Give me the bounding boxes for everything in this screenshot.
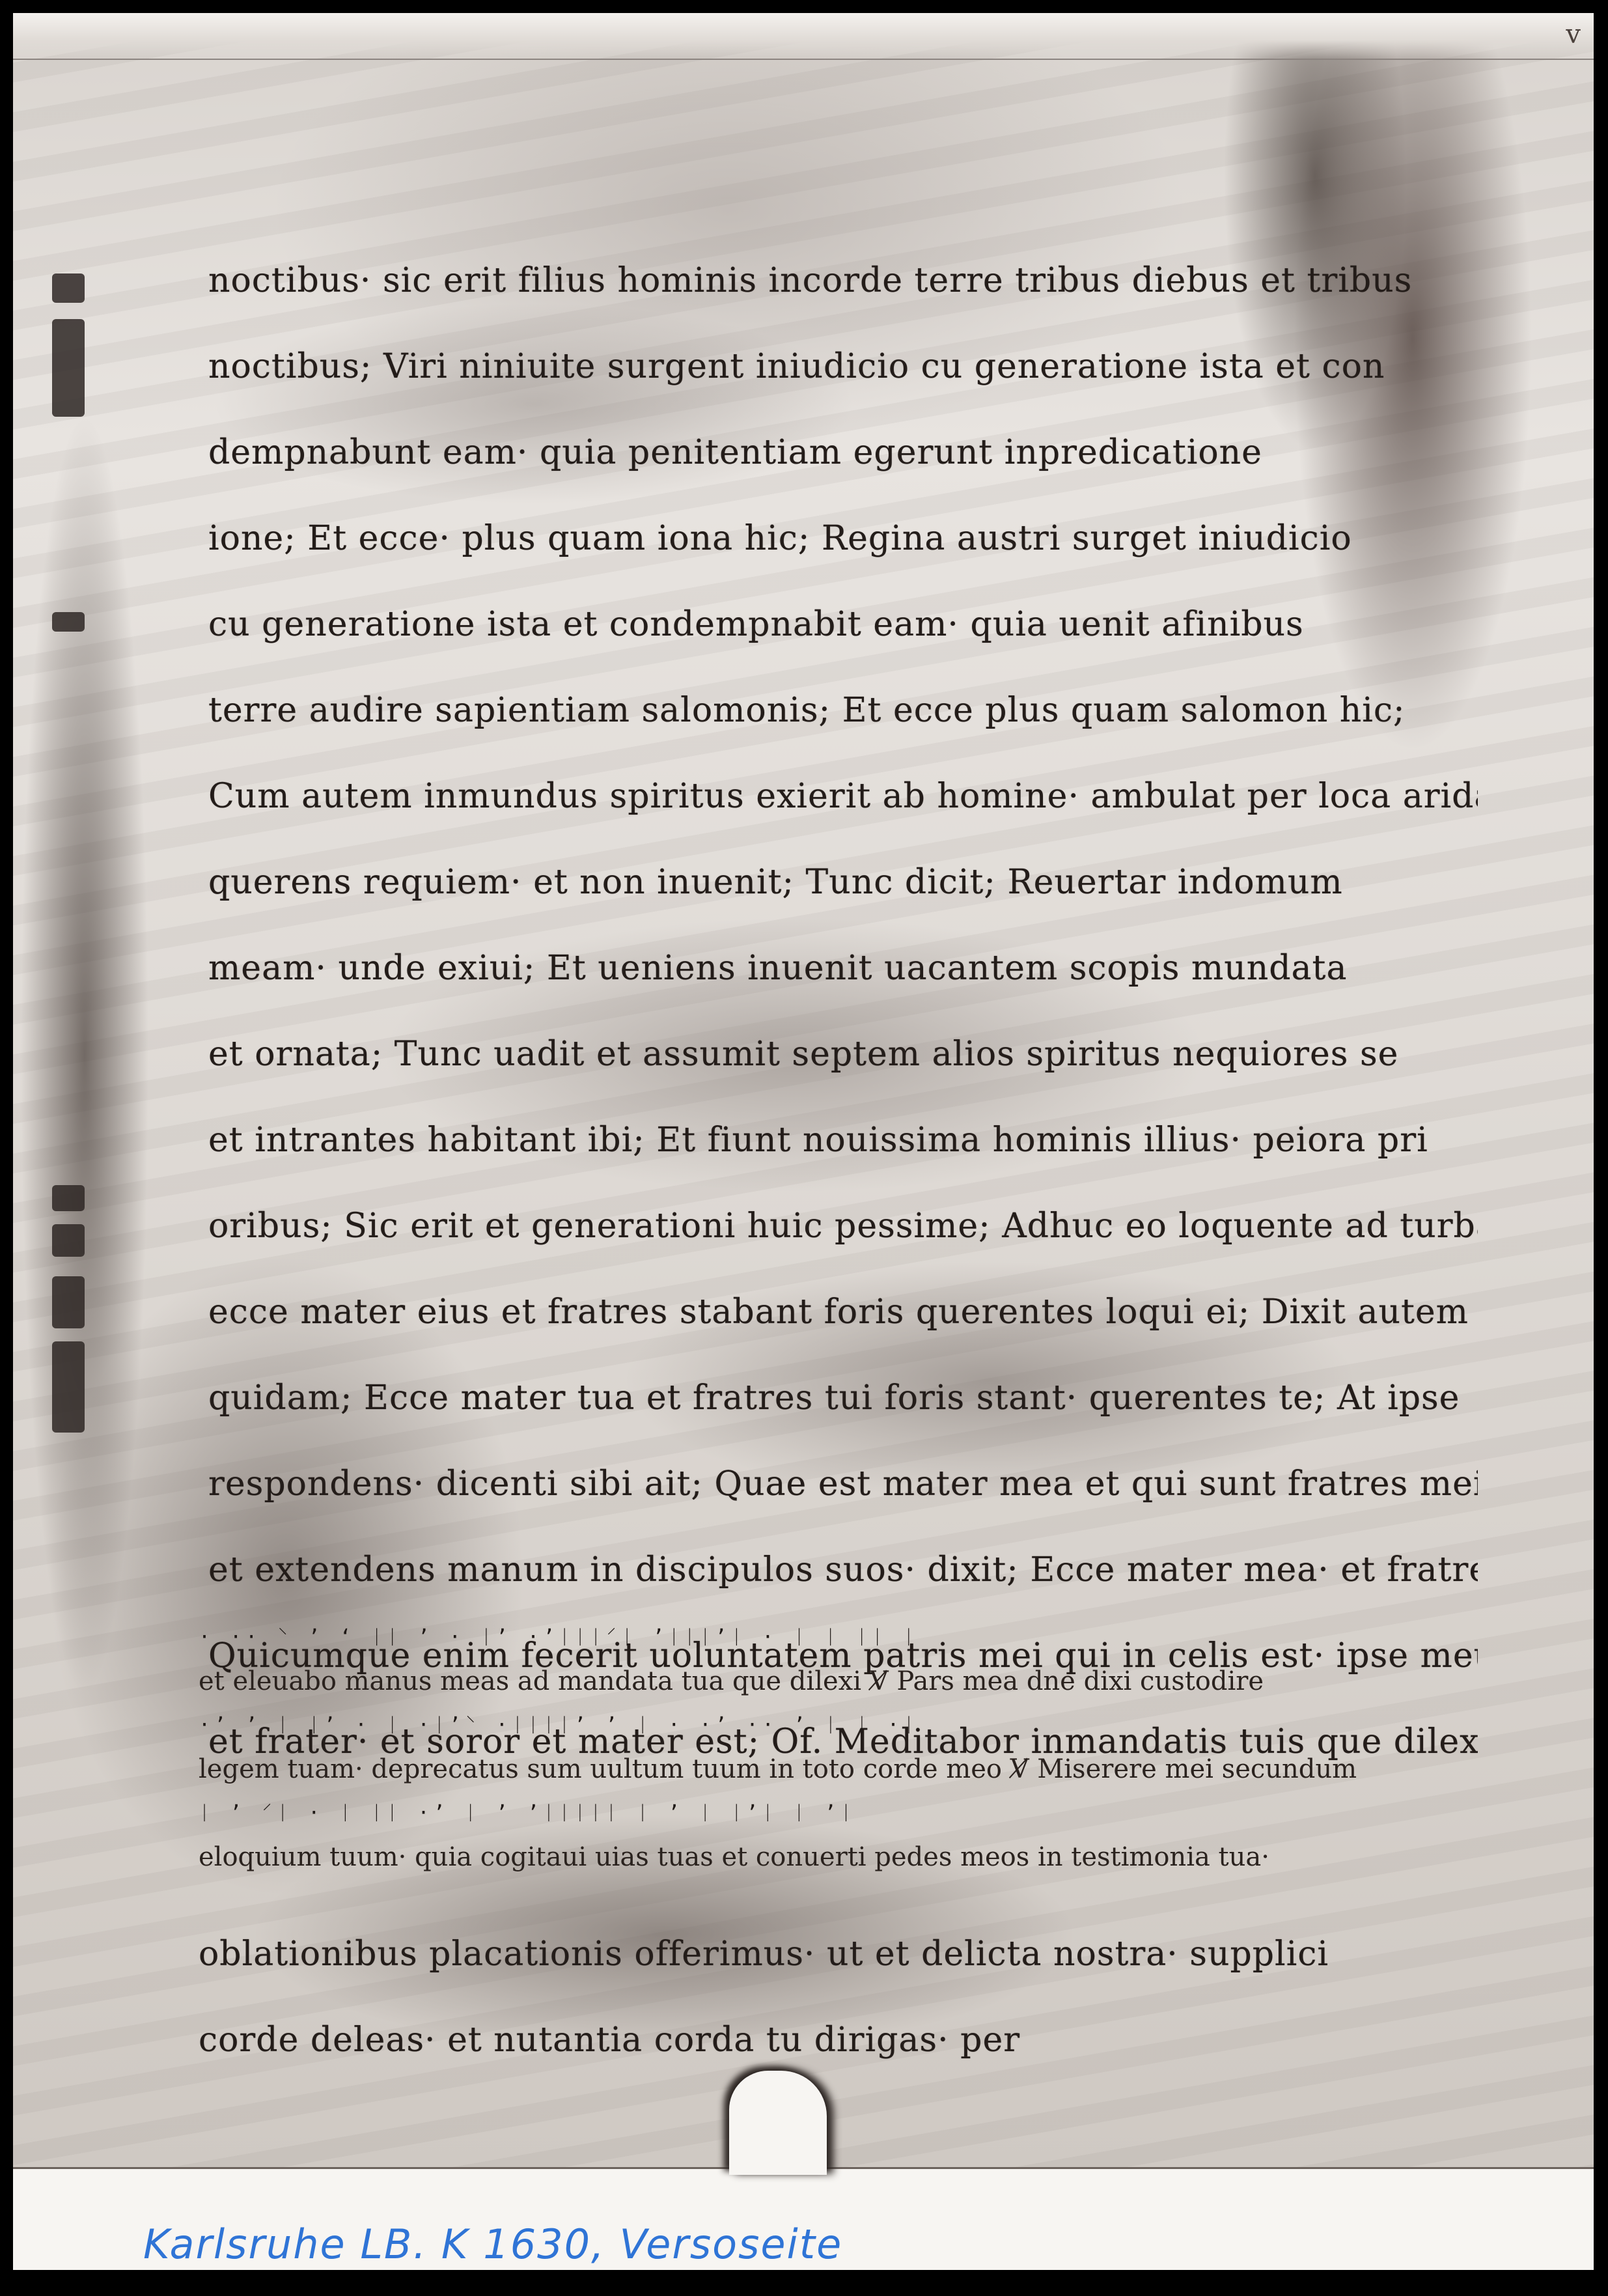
chant-section: · ·· ⸌ ʼ ʻ ᛁᛁ ʼ · ᛁʼ ·ʼᛁᛁᛁ⸍ᛁ ʼᛁᛁᛁʼᛁ · ᛁ … — [199, 1621, 1468, 1885]
neume-row: ᛁ ʼ ⸍ᛁ · ᛁ ᛁᛁ ·ʼ ᛁ ʼ ʼᛁᛁᛁᛁᛁ ᛁ ʼ ᛁ ᛁʼᛁ ᛁ … — [199, 1797, 1468, 1830]
chant-text-line: legem tuam· deprecatus sum uultum tuum i… — [199, 1742, 1468, 1797]
stain-mark — [52, 612, 85, 632]
stain-mark — [52, 319, 85, 417]
photograph: v noctibus· sic erit filius hominis inco… — [13, 13, 1594, 2270]
text-line: meam· unde exiui; Et ueniens inuenit uac… — [208, 925, 1478, 1011]
text-line: noctibus; Viri niniuite surgent iniudici… — [208, 324, 1478, 410]
chant-text-line: eloquium tuum· quia cogitaui uias tuas e… — [199, 1830, 1468, 1885]
text-line: noctibus· sic erit filius hominis incord… — [208, 238, 1478, 324]
main-text-block: noctibus· sic erit filius hominis incord… — [208, 238, 1478, 1785]
text-line: Cum autem inmundus spiritus exierit ab h… — [208, 753, 1478, 839]
text-line: dempnabunt eam· quia penitentiam egerunt… — [208, 410, 1478, 496]
prayer-text-block: oblationibus placationis offerimus· ut e… — [199, 1911, 1468, 2083]
stain-mark — [52, 1341, 85, 1433]
text-line: terre audire sapientiam salomonis; Et ec… — [208, 667, 1478, 753]
neume-row: ·ʼ ʼ ᛁ ᛁʼ · ᛁ ·ᛁʼ⸌ ·ᛁᛁᛁᛁʼ ʼ ᛁ · ·ʼ ·· ʼ … — [199, 1709, 1468, 1742]
stain-mark — [52, 1276, 85, 1328]
parchment-hole — [729, 2071, 827, 2175]
text-line: ione; Et ecce· plus quam iona hic; Regin… — [208, 496, 1478, 581]
text-line: cu generatione ista et condempnabit eam·… — [208, 581, 1478, 667]
text-line: corde deleas· et nutantia corda tu dirig… — [199, 1997, 1468, 2083]
text-line: oribus; Sic erit et generationi huic pes… — [208, 1183, 1478, 1269]
folio-mark: v — [1566, 20, 1581, 49]
text-line: oblationibus placationis offerimus· ut e… — [199, 1911, 1468, 1997]
text-line: et ornata; Tunc uadit et assumit septem … — [208, 1011, 1478, 1097]
text-line: respondens· dicenti sibi ait; Quae est m… — [208, 1441, 1478, 1527]
text-line: querens requiem· et non inuenit; Tunc di… — [208, 839, 1478, 925]
chant-text-line: et eleuabo manus meas ad mandata tua que… — [199, 1654, 1468, 1709]
stain-mark — [52, 1185, 85, 1211]
archive-caption: Karlsruhe LB. K 1630, Versoseite — [143, 2220, 842, 2268]
margin-stain-marks — [52, 273, 98, 1836]
manuscript-leaf: v noctibus· sic erit filius hominis inco… — [13, 13, 1594, 2169]
text-line: et extendens manum in discipulos suos· d… — [208, 1527, 1478, 1613]
neume-row: · ·· ⸌ ʼ ʻ ᛁᛁ ʼ · ᛁʼ ·ʼᛁᛁᛁ⸍ᛁ ʼᛁᛁᛁʼᛁ · ᛁ … — [199, 1621, 1468, 1654]
stain-mark — [52, 273, 85, 303]
text-line: ecce mater eius et fratres stabant foris… — [208, 1269, 1478, 1355]
text-line: quidam; Ecce mater tua et fratres tui fo… — [208, 1355, 1478, 1441]
text-line: et intrantes habitant ibi; Et fiunt noui… — [208, 1097, 1478, 1183]
stain-mark — [52, 1224, 85, 1257]
